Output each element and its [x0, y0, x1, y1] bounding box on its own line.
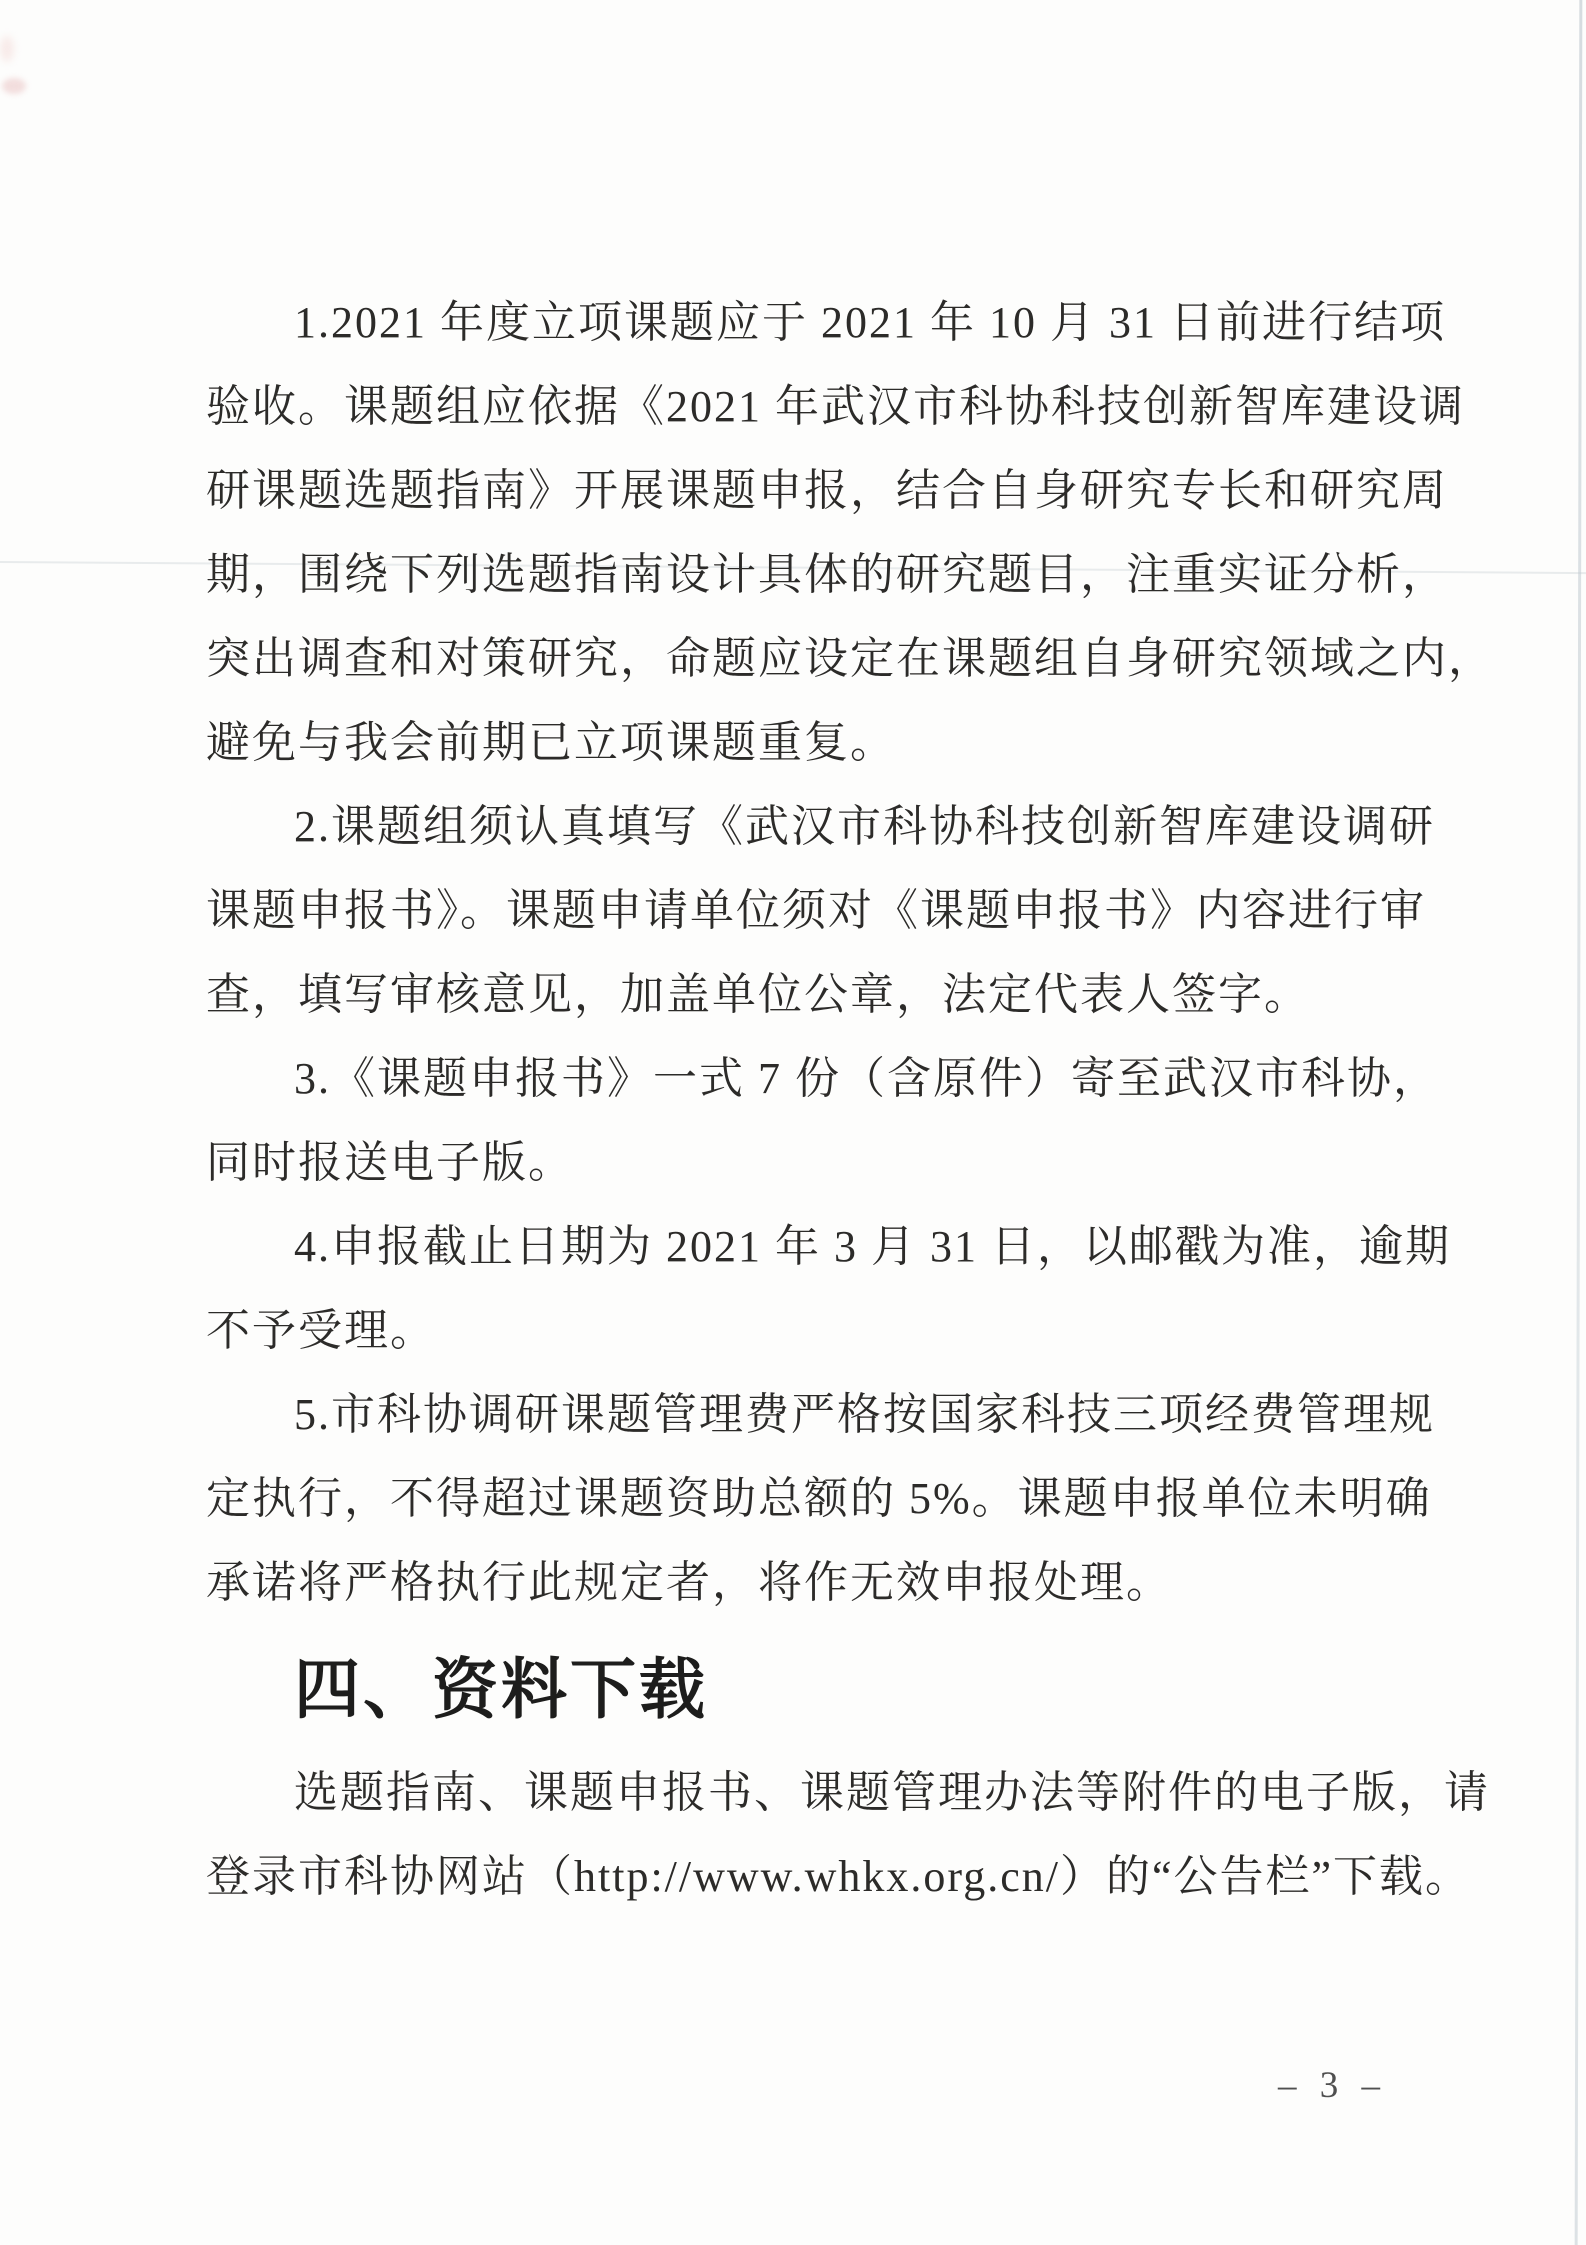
- scan-edge-line: [1575, 0, 1583, 2245]
- body-line: 期，围绕下列选题指南设计具体的研究题目，注重实证分析，: [206, 533, 1468, 617]
- body-line: 选题指南、课题申报书、课题管理办法等附件的电子版，请: [206, 1751, 1468, 1835]
- body-line: 同时报送电子版。: [206, 1121, 1468, 1205]
- body-line: 研课题选题指南》开展课题申报，结合自身研究专长和研究周: [206, 449, 1468, 533]
- body-line: 1.2021 年度立项课题应于 2021 年 10 月 31 日前进行结项: [206, 281, 1468, 365]
- body-line: 避免与我会前期已立项课题重复。: [206, 701, 1468, 785]
- scan-smudge: [0, 36, 14, 62]
- body-line: 3.《课题申报书》一式 7 份（含原件）寄至武汉市科协，: [206, 1037, 1468, 1121]
- body-line: 验收。课题组应依据《2021 年武汉市科协科技创新智库建设调: [206, 365, 1468, 449]
- section-heading: 四、资料下载: [206, 1647, 1468, 1731]
- body-line: 查，填写审核意见，加盖单位公章，法定代表人签字。: [206, 953, 1468, 1037]
- body-line: 承诺将严格执行此规定者，将作无效申报处理。: [206, 1541, 1468, 1625]
- body-line: 5.市科协调研课题管理费严格按国家科技三项经费管理规: [206, 1373, 1468, 1457]
- body-line: 4.申报截止日期为 2021 年 3 月 31 日，以邮戳为准，逾期: [206, 1205, 1468, 1289]
- scan-smudge: [2, 78, 26, 94]
- body-line: 突出调查和对策研究，命题应设定在课题组自身研究领域之内，: [206, 617, 1468, 701]
- body-line: 课题申报书》。课题申请单位须对《课题申报书》内容进行审: [206, 869, 1468, 953]
- body-line: 登录市科协网站（http://www.whkx.org.cn/）的“公告栏”下载…: [206, 1835, 1468, 1919]
- body-line: 不予受理。: [206, 1289, 1468, 1373]
- document-page: 1.2021 年度立项课题应于 2021 年 10 月 31 日前进行结项 验收…: [0, 0, 1586, 2245]
- body-line: 2.课题组须认真填写《武汉市科协科技创新智库建设调研: [206, 785, 1468, 869]
- body-line: 定执行，不得超过课题资助总额的 5%。课题申报单位未明确: [206, 1457, 1468, 1541]
- page-number: – 3 –: [1278, 2064, 1387, 2107]
- document-body: 1.2021 年度立项课题应于 2021 年 10 月 31 日前进行结项 验收…: [206, 281, 1468, 1919]
